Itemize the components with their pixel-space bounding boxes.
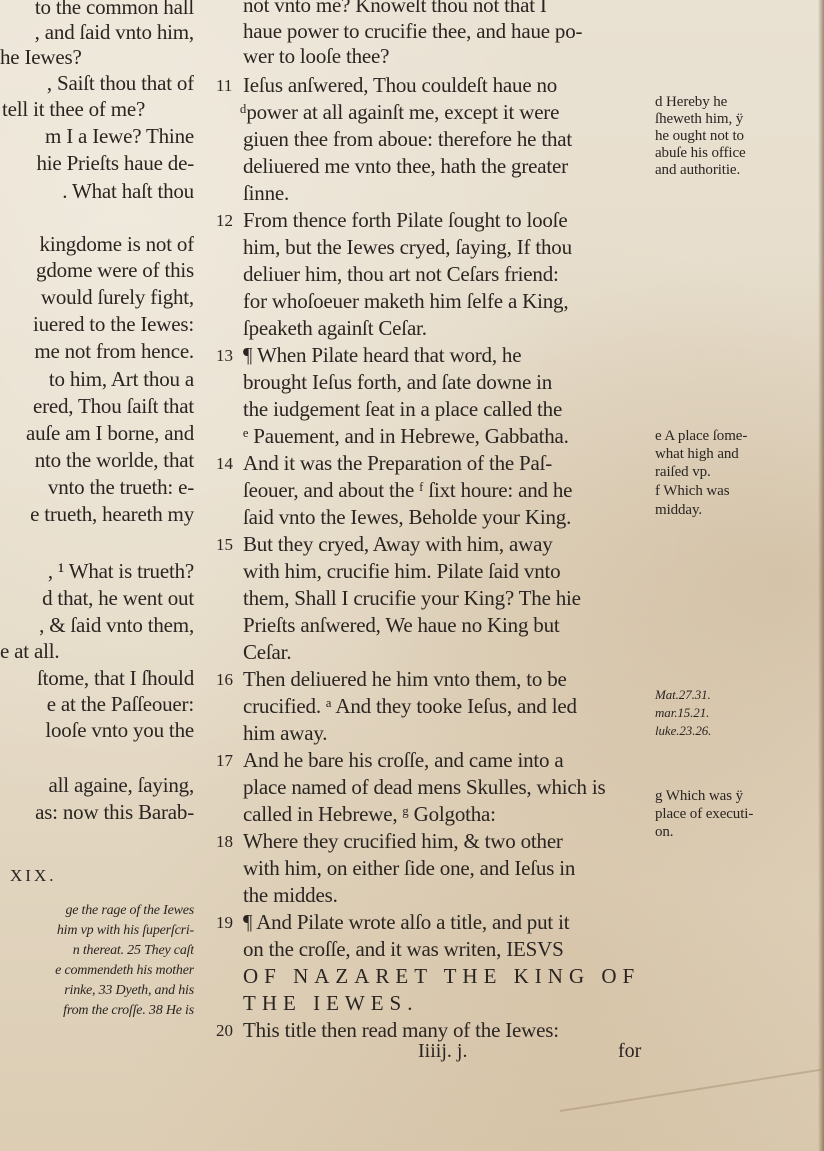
margin-note-line: he ought not to xyxy=(655,128,744,145)
margin-note-line: place of executi- xyxy=(655,806,753,823)
margin-note-line: g Which was ÿ xyxy=(655,788,743,805)
cross-reference: luke.23.26. xyxy=(655,722,711,739)
margin-note-line: and authoritie. xyxy=(655,162,740,179)
margin-note-line: on. xyxy=(655,824,673,841)
margin-note-line: ſheweth him, ÿ xyxy=(655,111,743,128)
margin-note-line: abuſe his office xyxy=(655,145,746,162)
cross-reference: mar.15.21. xyxy=(655,704,709,721)
margin-note-line: what high and xyxy=(655,446,739,463)
margin-note-line: f Which was xyxy=(655,483,729,500)
margin-note-line: d Hereby he xyxy=(655,94,727,111)
cross-reference: Mat.27.31. xyxy=(655,686,711,703)
margin-note-line: e A place ſome- xyxy=(655,428,747,445)
margin-note-line: midday. xyxy=(655,502,702,519)
margin-notes: d Hereby he ſheweth him, ÿ he ought not … xyxy=(0,0,824,1151)
margin-note-line: raiſed vp. xyxy=(655,464,711,481)
